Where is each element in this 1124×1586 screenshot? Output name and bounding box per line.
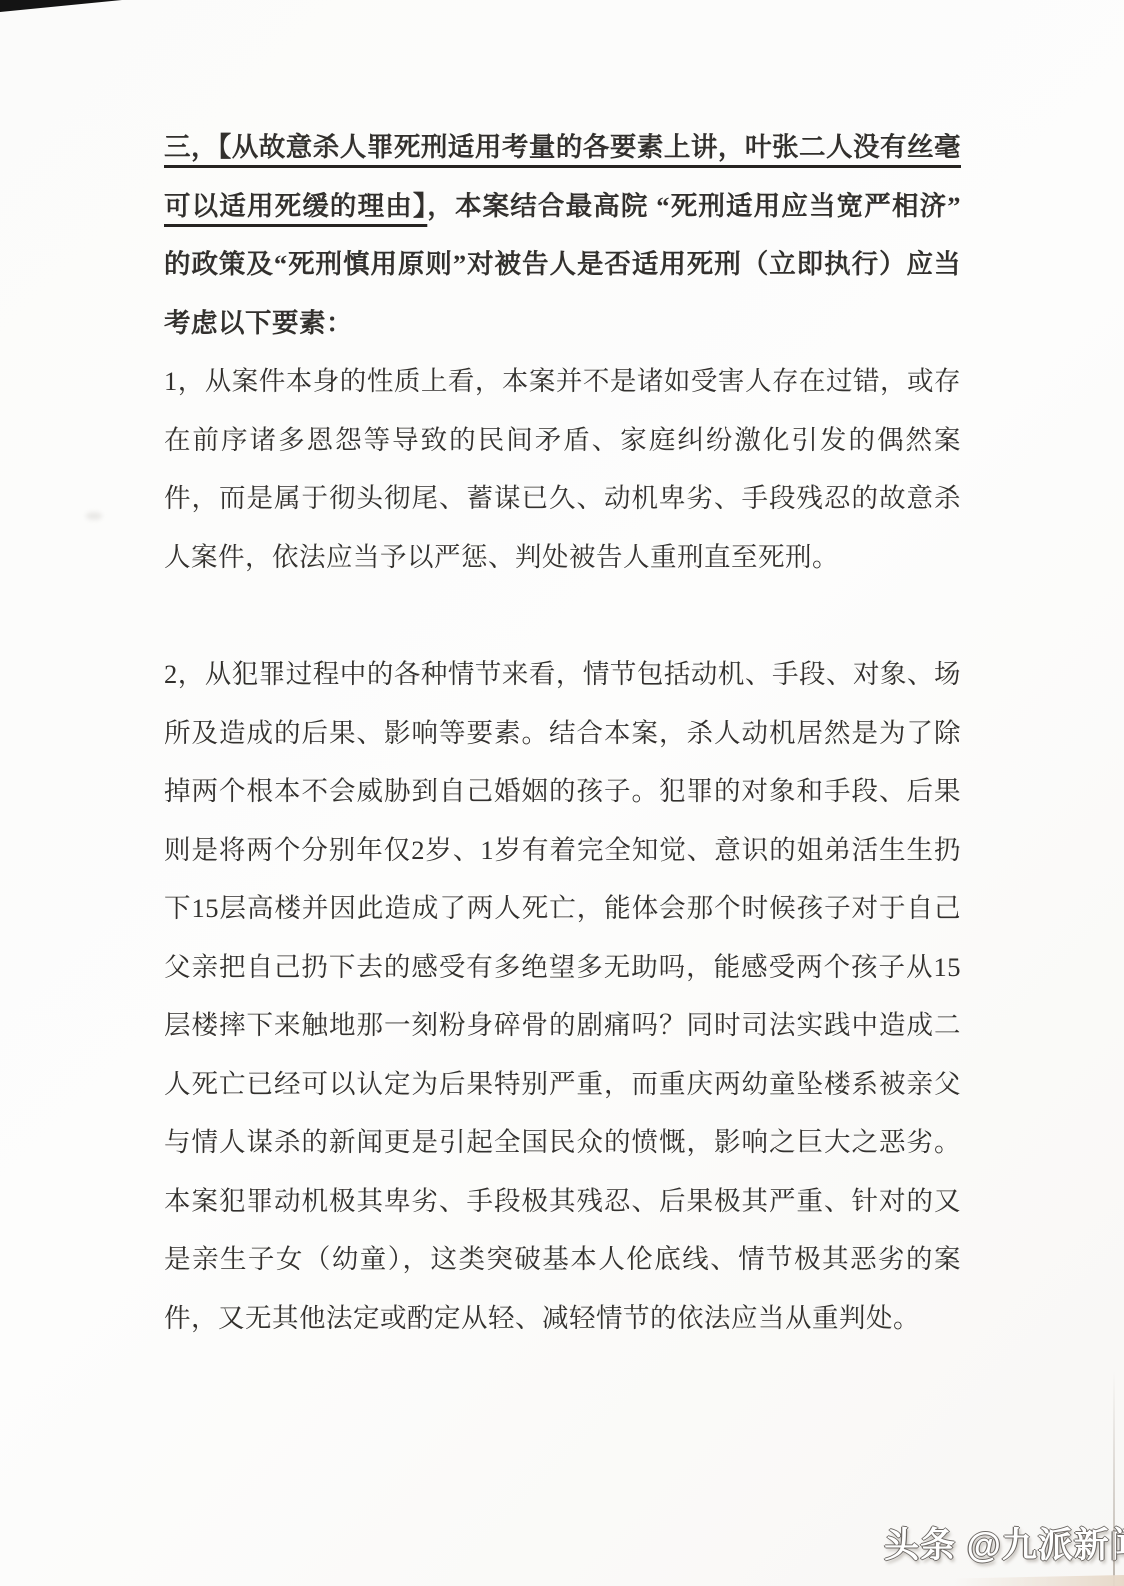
paragraph-1: 1，从案件本身的性质上看，本案并不是诸如受害人存在过错，或存在前序诸多恩怨等导致… — [164, 352, 961, 586]
heading-paragraph: 三，【从故意杀人罪死刑适用考量的各要素上讲，叶张二人没有丝毫可以适用死缓的理由】… — [164, 118, 961, 352]
paper-smudge — [86, 512, 102, 520]
document-content: 三，【从故意杀人罪死刑适用考量的各要素上讲，叶张二人没有丝毫可以适用死缓的理由】… — [164, 118, 961, 1347]
paper-edge-bottom — [954, 1575, 1124, 1586]
document-photo: 三，【从故意杀人罪死刑适用考量的各要素上讲，叶张二人没有丝毫可以适用死缓的理由】… — [0, 0, 1124, 1586]
news-watermark: 头条 @九派新闻 — [884, 1518, 1124, 1568]
paragraph-2: 2，从犯罪过程中的各种情节来看，情节包括动机、手段、对象、场所及造成的后果、影响… — [164, 645, 961, 1347]
photo-corner-artifact — [0, 0, 122, 12]
paper-edge-right — [1113, 1371, 1115, 1586]
